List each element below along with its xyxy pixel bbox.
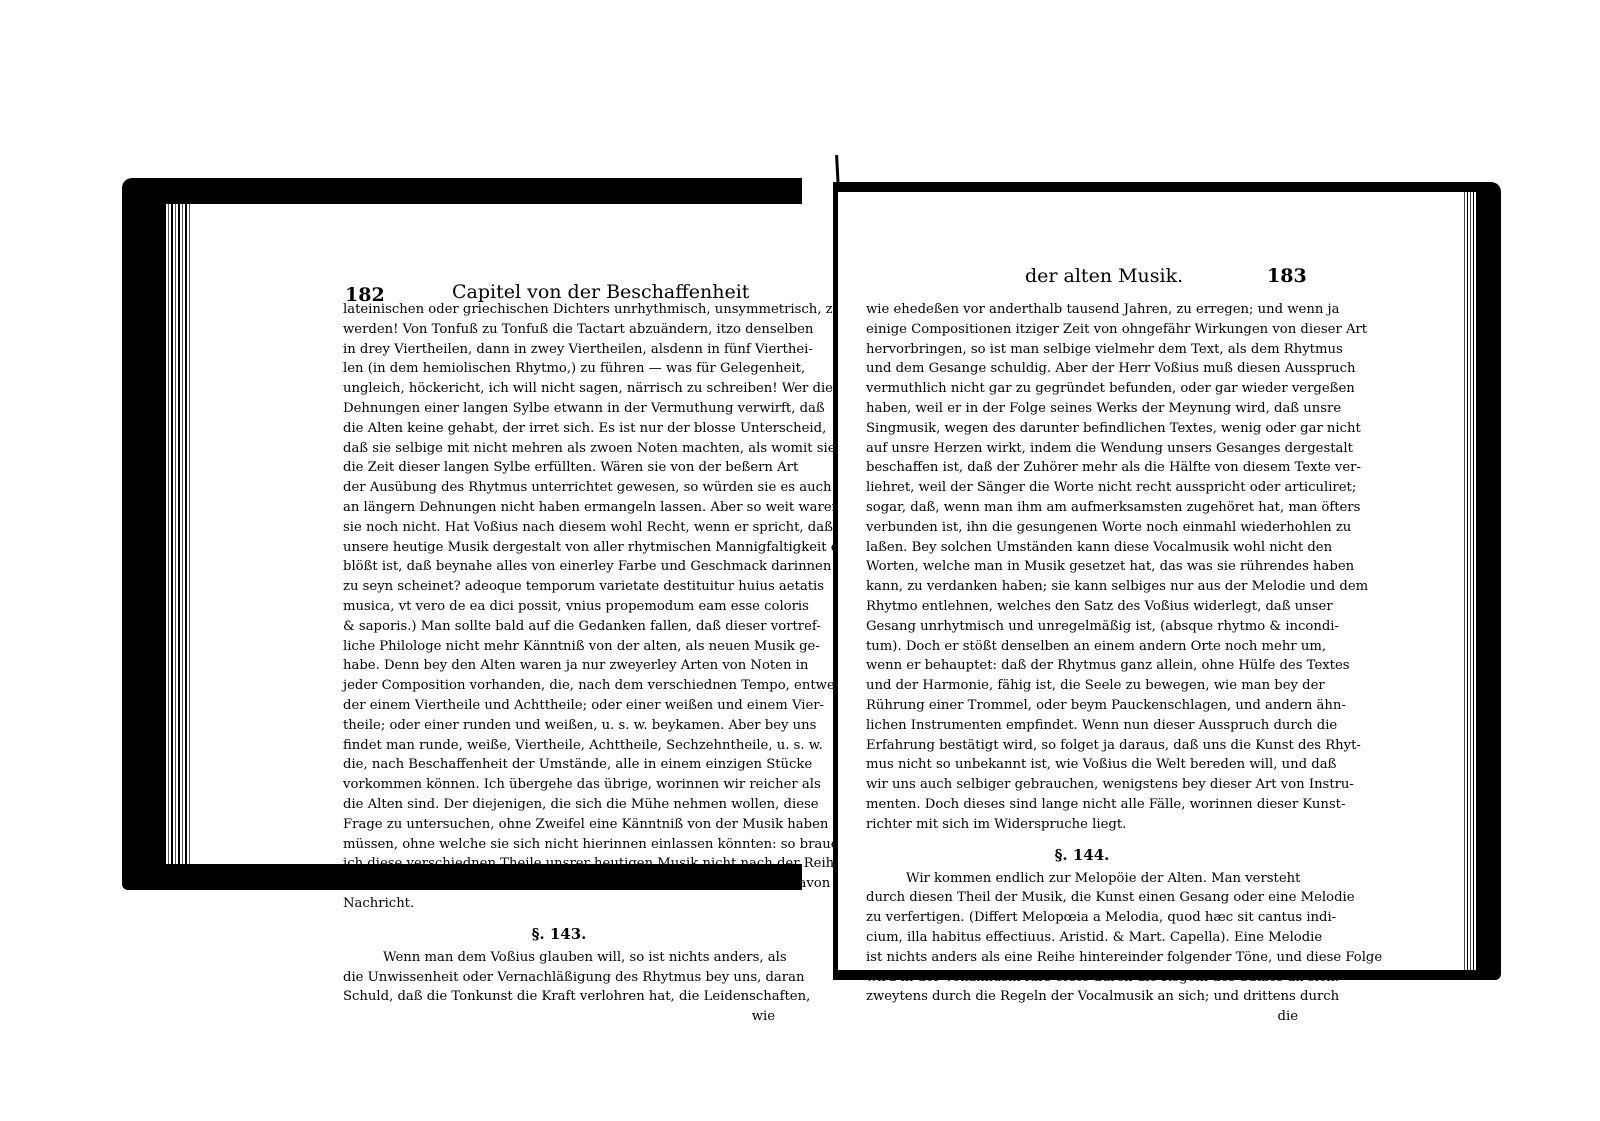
text-line: lichen Instrumenten empfindet. Wenn nun … [866,716,1298,736]
text-line: liehret, weil der Sänger die Worte nicht… [866,478,1298,498]
text-line: die, nach Beschaffenheit der Umstände, a… [343,755,775,775]
text-line: die Alten keine gehabt, der irret sich. … [343,419,775,439]
text-line: die Alten sind. Der diejenigen, die sich… [343,795,775,815]
text-line: hervorbringen, so ist man selbige vielme… [866,340,1298,360]
text-line: Schuld, daß die Tonkunst die Kraft verlo… [343,987,775,1007]
text-line: len (in dem hemiolischen Rhytmo,) zu füh… [343,359,775,379]
right-page-stack-edge [1462,192,1476,970]
right-page-lines: wie ehedeßen vor anderthalb tausend Jahr… [866,300,1298,835]
text-line: menten. Doch dieses sind lange nicht all… [866,795,1298,815]
text-line: daß sie selbige mit nicht mehren als zwo… [343,439,775,459]
text-line: laßen. Bey solchen Umständen kann diese … [866,538,1298,558]
text-line: wird in der Vokalmusik fürs erste durch … [866,968,1298,988]
text-line: Singmusik, wegen des darunter befindlich… [866,419,1298,439]
text-line: sie noch nicht. Hat Voßius nach diesem w… [343,518,775,538]
left-page-body: lateinischen oder griechischen Dichters … [343,300,775,1027]
text-line: sogar, daß, wenn man ihm am aufmerksamst… [866,498,1298,518]
text-line: in drey Viertheilen, dann in zwey Vierth… [343,340,775,360]
text-line: die Unwissenheit oder Vernachläßigung de… [343,968,775,988]
left-page-lines: lateinischen oder griechischen Dichters … [343,300,775,914]
text-line: Wenn man dem Voßius glauben will, so ist… [343,948,775,968]
section-143-lines: Wenn man dem Voßius glauben will, so ist… [343,948,775,1007]
text-line: herzuzählen. Man findet allenfals in all… [343,874,775,894]
text-line: Erfahrung bestätigt wird, so folget ja d… [866,736,1298,756]
text-line: Rührung einer Trommel, oder beym Paucken… [866,696,1298,716]
text-line: wenn er behauptet: daß der Rhytmus ganz … [866,656,1298,676]
text-line: die Zeit dieser langen Sylbe erfüllten. … [343,458,775,478]
text-line: jeder Composition vorhanden, die, nach d… [343,676,775,696]
text-line: an längern Dehnungen nicht haben ermange… [343,498,775,518]
left-page-stack-edge [164,204,192,864]
text-line: einige Compositionen itziger Zeit von oh… [866,320,1298,340]
text-line: richter mit sich im Widerspruche liegt. [866,815,1298,835]
text-line: mus nicht so unbekannt ist, wie Voßius d… [866,755,1298,775]
gutter-line [836,202,838,962]
text-line: wir uns auch selbiger gebrauchen, wenigs… [866,775,1298,795]
text-line: zu verfertigen. (Differt Melopœia a Melo… [866,908,1298,928]
right-running-head: der alten Musik. [1025,265,1183,287]
text-line: ist nichts anders als eine Reihe hintere… [866,948,1298,968]
text-line: verbunden ist, ihn die gesungenen Worte … [866,518,1298,538]
text-line: der einem Viertheile und Achttheile; ode… [343,696,775,716]
left-catchword: wie [343,1007,775,1027]
text-line: tum). Doch er stößt denselben an einem a… [866,637,1298,657]
text-line: Frage zu untersuchen, ohne Zweifel eine … [343,815,775,835]
section-heading-144: §. 144. [866,843,1298,867]
text-line: kann, zu verdanken haben; sie kann selbi… [866,577,1298,597]
text-line: findet man runde, weiße, Viertheile, Ach… [343,736,775,756]
text-line: zweytens durch die Regeln der Vocalmusik… [866,987,1298,1007]
text-line: blößt ist, daß beynahe alles von einerle… [343,557,775,577]
text-line: vermuthlich nicht gar zu gegründet befun… [866,379,1298,399]
text-line: musica, vt vero de ea dici possit, vnius… [343,597,775,617]
text-line: wie ehedeßen vor anderthalb tausend Jahr… [866,300,1298,320]
text-line: ich diese verschiednen Theile unsrer heu… [343,854,775,874]
text-line: Worten, welche man in Musik gesetzet hat… [866,557,1298,577]
text-line: lateinischen oder griechischen Dichters … [343,300,775,320]
text-line: unsere heutige Musik dergestalt von alle… [343,538,775,558]
text-line: & saporis.) Man sollte bald auf die Geda… [343,617,775,637]
text-line: werden! Von Tonfuß zu Tonfuß die Tactart… [343,320,775,340]
text-line: müssen, ohne welche sie sich nicht hieri… [343,835,775,855]
text-line: Dehnungen einer langen Sylbe etwann in d… [343,399,775,419]
text-line: ungleich, höckericht, ich will nicht sag… [343,379,775,399]
text-line: theile; oder einer runden und weißen, u.… [343,716,775,736]
right-catchword: die [866,1007,1298,1027]
text-line: und der Harmonie, fähig ist, die Seele z… [866,676,1298,696]
text-line: und dem Gesange schuldig. Aber der Herr … [866,359,1298,379]
section-144-lines: Wir kommen endlich zur Melopöie der Alte… [866,869,1298,1008]
text-line: liche Philologe nicht mehr Känntniß von … [343,637,775,657]
text-line: der Ausübung des Rhytmus unterrichtet ge… [343,478,775,498]
text-line: haben, weil er in der Folge seines Werks… [866,399,1298,419]
right-page-number: 183 [1267,265,1307,287]
text-line: habe. Denn bey den Alten waren ja nur zw… [343,656,775,676]
text-line: zu seyn scheinet? adeoque temporum varie… [343,577,775,597]
text-line: auf unsre Herzen wirkt, indem die Wendun… [866,439,1298,459]
text-line: beschaffen ist, daß der Zuhörer mehr als… [866,458,1298,478]
text-line: Wir kommen endlich zur Melopöie der Alte… [866,869,1298,889]
right-page-body: wie ehedeßen vor anderthalb tausend Jahr… [866,300,1298,1027]
text-line: cium, illa habitus effectiuus. Aristid. … [866,928,1298,948]
text-line: Rhytmo entlehnen, welches den Satz des V… [866,597,1298,617]
text-line: Gesang unrhytmisch und unregelmäßig ist,… [866,617,1298,637]
text-line: durch diesen Theil der Musik, die Kunst … [866,888,1298,908]
section-heading-143: §. 143. [343,922,775,946]
text-line: Nachricht. [343,894,775,914]
text-line: vorkommen können. Ich übergehe das übrig… [343,775,775,795]
